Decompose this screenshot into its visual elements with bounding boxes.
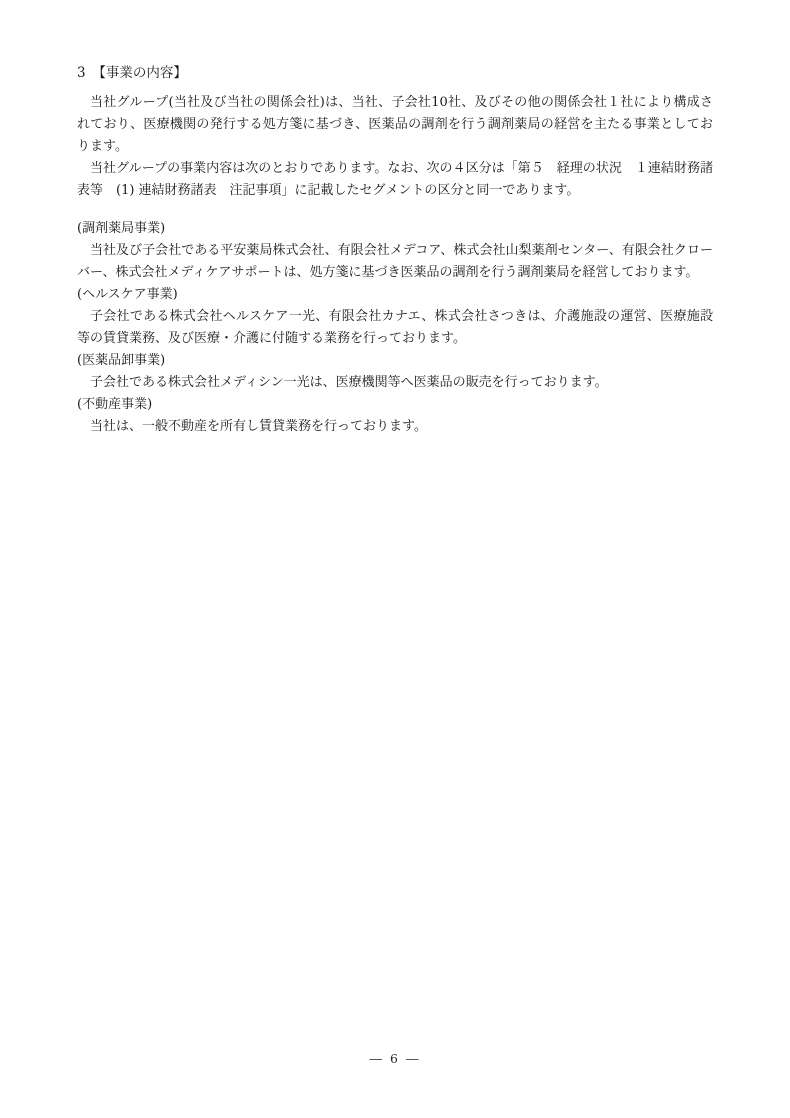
document-page: 3 【事業の内容】 当社グループ(当社及び当社の関係会社)は、当社、子会社10社… xyxy=(0,0,790,1118)
segment-label-pharmacy: (調剤薬局事業) xyxy=(77,218,713,240)
section-heading: 3 【事業の内容】 xyxy=(77,62,713,84)
segment-body-pharmacy: 当社及び子会社である平安薬局株式会社、有限会社メデコア、株式会社山梨薬剤センター… xyxy=(77,240,713,284)
document-content: 3 【事業の内容】 当社グループ(当社及び当社の関係会社)は、当社、子会社10社… xyxy=(77,62,713,438)
segment-body-wholesale: 子会社である株式会社メディシン一光は、医療機関等へ医薬品の販売を行っております。 xyxy=(77,372,713,394)
segment-body-healthcare: 子会社である株式会社ヘルスケア一光、有限会社カナエ、株式会社さつきは、介護施設の… xyxy=(77,306,713,350)
intro-paragraph-2: 当社グループの事業内容は次のとおりであります。なお、次の４区分は「第５ 経理の状… xyxy=(77,158,713,202)
page-number: ― 6 ― xyxy=(0,1051,790,1066)
segment-label-realestate: (不動産事業) xyxy=(77,394,713,416)
segment-body-realestate: 当社は、一般不動産を所有し賃貸業務を行っております。 xyxy=(77,416,713,438)
segment-label-healthcare: (ヘルスケア事業) xyxy=(77,284,713,306)
intro-paragraph-1: 当社グループ(当社及び当社の関係会社)は、当社、子会社10社、及びその他の関係会… xyxy=(77,92,713,158)
segment-label-wholesale: (医薬品卸事業) xyxy=(77,350,713,372)
business-segments: (調剤薬局事業) 当社及び子会社である平安薬局株式会社、有限会社メデコア、株式会… xyxy=(77,218,713,438)
